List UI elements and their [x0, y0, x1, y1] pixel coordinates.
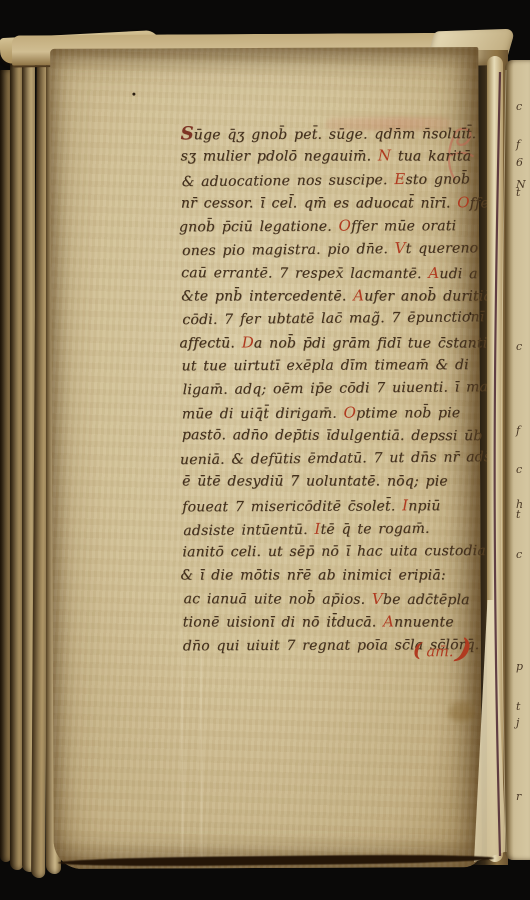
text-segment: ffer mūe orati [351, 218, 456, 234]
text-segment: mūe di uiq̄t̄ dirigam̄. [182, 405, 344, 422]
rubricated-initial: E [394, 170, 405, 188]
text-segment: cōdi. 7 fer ubtatē lac̄ mag̃. 7 ēpunctio… [182, 310, 484, 329]
facing-page-letter-fragment: f [516, 138, 520, 151]
text-segment: npiū [408, 498, 440, 514]
text-segment: adsiste intūentū. [183, 522, 314, 539]
amen-text: am̄. [426, 644, 453, 660]
text-segment: sto gnob̄ [405, 171, 470, 188]
rubricated-initial: D [242, 333, 254, 351]
text-segment: & ī die mōtis nr̄ē ab inimici eripiā: [181, 567, 446, 583]
facing-page-letter-fragment: t [516, 508, 520, 521]
rubricated-initial: A [353, 287, 364, 305]
manuscript-line: ac ianuā uite nob̄ ap̄ios. Vbe adc̄tēpla [184, 587, 488, 611]
text-segment: nnuente [394, 615, 454, 631]
facing-page-letter-fragment: r [516, 790, 521, 803]
ink-speck [132, 93, 135, 96]
facing-page-edge: cf6Ntcfchtcptjr [505, 60, 530, 860]
manuscript-line: affectū. Da nob̄ p̄di grām fidī tue c̄st… [179, 331, 486, 354]
facing-page-letter-fragment: c [516, 548, 522, 561]
manuscript-line: & ī die mōtis nr̄ē ab inimici eripiā: [181, 564, 488, 587]
parchment-fold-streak [200, 648, 203, 863]
facing-page-letter-fragment: c [516, 463, 522, 476]
manuscript-line: ueniā. & defūtis ēmdatū. 7 ut dn̄s nr̄ a… [180, 446, 487, 472]
text-segment: ones pio magistra. pio dn̄e. [182, 242, 395, 260]
text-segment: ptime nob̄ pie [356, 405, 460, 421]
text-segment: pastō. adn̄o dep̄tis īdulgentiā. depssi … [182, 427, 483, 444]
text-segment: ueniā. & defūtis ēmdatū. 7 ut dn̄s nr̄ a… [180, 449, 491, 468]
text-segment: nr̄ cessor. ī cel̄. qm̄ es aduocat̄ nīrī… [181, 196, 457, 212]
manuscript-line: ē ūtē desydiū 7 uoluntatē. nōq; pie [182, 471, 487, 494]
facing-page-letter-fragment: t [516, 700, 520, 713]
amen-rubric: ( am̄. ) [413, 639, 469, 661]
rubricated-initial: A [383, 613, 394, 631]
text-segment: ianitō celi. ut sēp̄ nō ī hac uita custo… [182, 543, 486, 560]
rubricated-initial: V [372, 590, 383, 608]
text-segment: tē q̄ te rogam̄. [320, 521, 429, 538]
manuscript-line: ones pio magistra. pio dn̄e. Vt quereno [182, 237, 486, 263]
manuscript-line: ianitō celi. ut sēp̄ nō ī hac uita custo… [182, 540, 487, 565]
text-segment: tionē uisionī di nō it̄ducā. [183, 615, 383, 631]
rubric-paren-open: ( [413, 639, 422, 661]
text-segment: be adc̄tēpla [383, 592, 470, 608]
rubricated-initial: O [344, 403, 357, 421]
parchment-fold-streak [181, 628, 184, 858]
rubricated-initial: S [181, 123, 194, 144]
facing-page-letter-fragment: 6 [516, 156, 523, 169]
manuscript-line: & aduocatione nos suscipe. Esto gnob̄ [182, 167, 486, 193]
text-segment: foueat 7 misericōditē c̄solet̄. [182, 498, 402, 515]
text-segment: ligam̄. adq; oēm ip̄e cōdi 7 uiuenti. ī … [183, 379, 498, 398]
text-segment: gnob̄ p̄ciū legatione. [179, 219, 339, 236]
manuscript-line: Sūge q̄ʒ gnob̄ pet̄. sūge. qdn̄m n̄soluī… [181, 121, 486, 146]
text-segment: ē ūtē desydiū 7 uoluntatē. nōq; pie [182, 474, 448, 490]
manuscript-line: sʒ mulier pdolō negauim̄. N tua karitā [181, 145, 486, 168]
text-segment: sʒ mulier pdolō negauim̄. [181, 149, 378, 165]
manuscript-line: nr̄ cessor. ī cel̄. qm̄ es aduocat̄ nīrī… [181, 192, 486, 215]
facing-page-letter-fragment: t [516, 186, 520, 199]
manuscript-line: ligam̄. adq; oēm ip̄e cōdi 7 uiuenti. ī … [183, 377, 487, 403]
manuscript-photo: Sūge q̄ʒ gnob̄ pet̄. sūge. qdn̄m n̄soluī… [0, 0, 530, 900]
text-segment: ut tue uirtutī exēpla dīm timeam̄ & di [182, 357, 469, 374]
text-segment: affectū. [179, 335, 241, 351]
manuscript-line: pastō. adn̄o dep̄tis īdulgentiā. depssi … [182, 424, 487, 448]
text-segment: & aduocatione nos suscipe. [182, 172, 395, 190]
facing-page-letter-fragment: c [516, 340, 522, 353]
manuscript-line: &te pnb̄ intercedentē. Aufer anob̄ durit… [181, 285, 486, 308]
text-block: Sūge q̄ʒ gnob̄ pet̄. sūge. qdn̄m n̄soluī… [181, 121, 488, 658]
manuscript-page: Sūge q̄ʒ gnob̄ pet̄. sūge. qdn̄m n̄soluī… [50, 47, 482, 869]
facing-page-letter-fragment: j [516, 716, 519, 729]
text-segment: a nob̄ p̄di grām fidī tue c̄stantiā. [254, 335, 501, 351]
rubricated-initial: V [395, 239, 406, 257]
manuscript-line: caū errantē. 7 respex̄ lacmantē. Audi a [181, 261, 486, 285]
text-segment: ūge q̄ʒ gnob̄ pet̄. sūge. qdn̄m n̄soluīt… [194, 126, 477, 143]
manuscript-line: ut tue uirtutī exēpla dīm timeam̄ & di [182, 354, 487, 379]
rubricated-initial: A [428, 264, 439, 282]
facing-page-letter-fragment: p [516, 660, 523, 673]
text-segment: caū errantē. 7 respex̄ lacmantē. [181, 265, 428, 282]
facing-page-letter-fragment: f [516, 424, 520, 437]
rubricated-initial: O [339, 217, 352, 235]
manuscript-line: adsiste intūentū. Itē q̄ te rogam̄. [183, 516, 487, 542]
text-segment: ac ianuā uite nob̄ ap̄ios. [184, 591, 372, 608]
manuscript-line: mūe di uiq̄t̄ dirigam̄. Optime nob̄ pie [182, 401, 487, 426]
manuscript-line: cōdi. 7 fer ubtatē lac̄ mag̃. 7 ēpunctio… [182, 307, 486, 333]
text-segment: &te pnb̄ intercedentē. [181, 289, 353, 305]
manuscript-line: gnob̄ p̄ciū legatione. Offer mūe orati [179, 214, 486, 239]
manuscript-line: tionē uisionī di nō it̄ducā. Annuente [183, 611, 488, 634]
manuscript-line: foueat 7 misericōditē c̄solet̄. Inpiū [182, 494, 487, 519]
facing-page-letter-fragment: c [516, 100, 522, 113]
text-segment: tua karitā [391, 149, 471, 165]
rubricated-initial: N [378, 147, 391, 165]
